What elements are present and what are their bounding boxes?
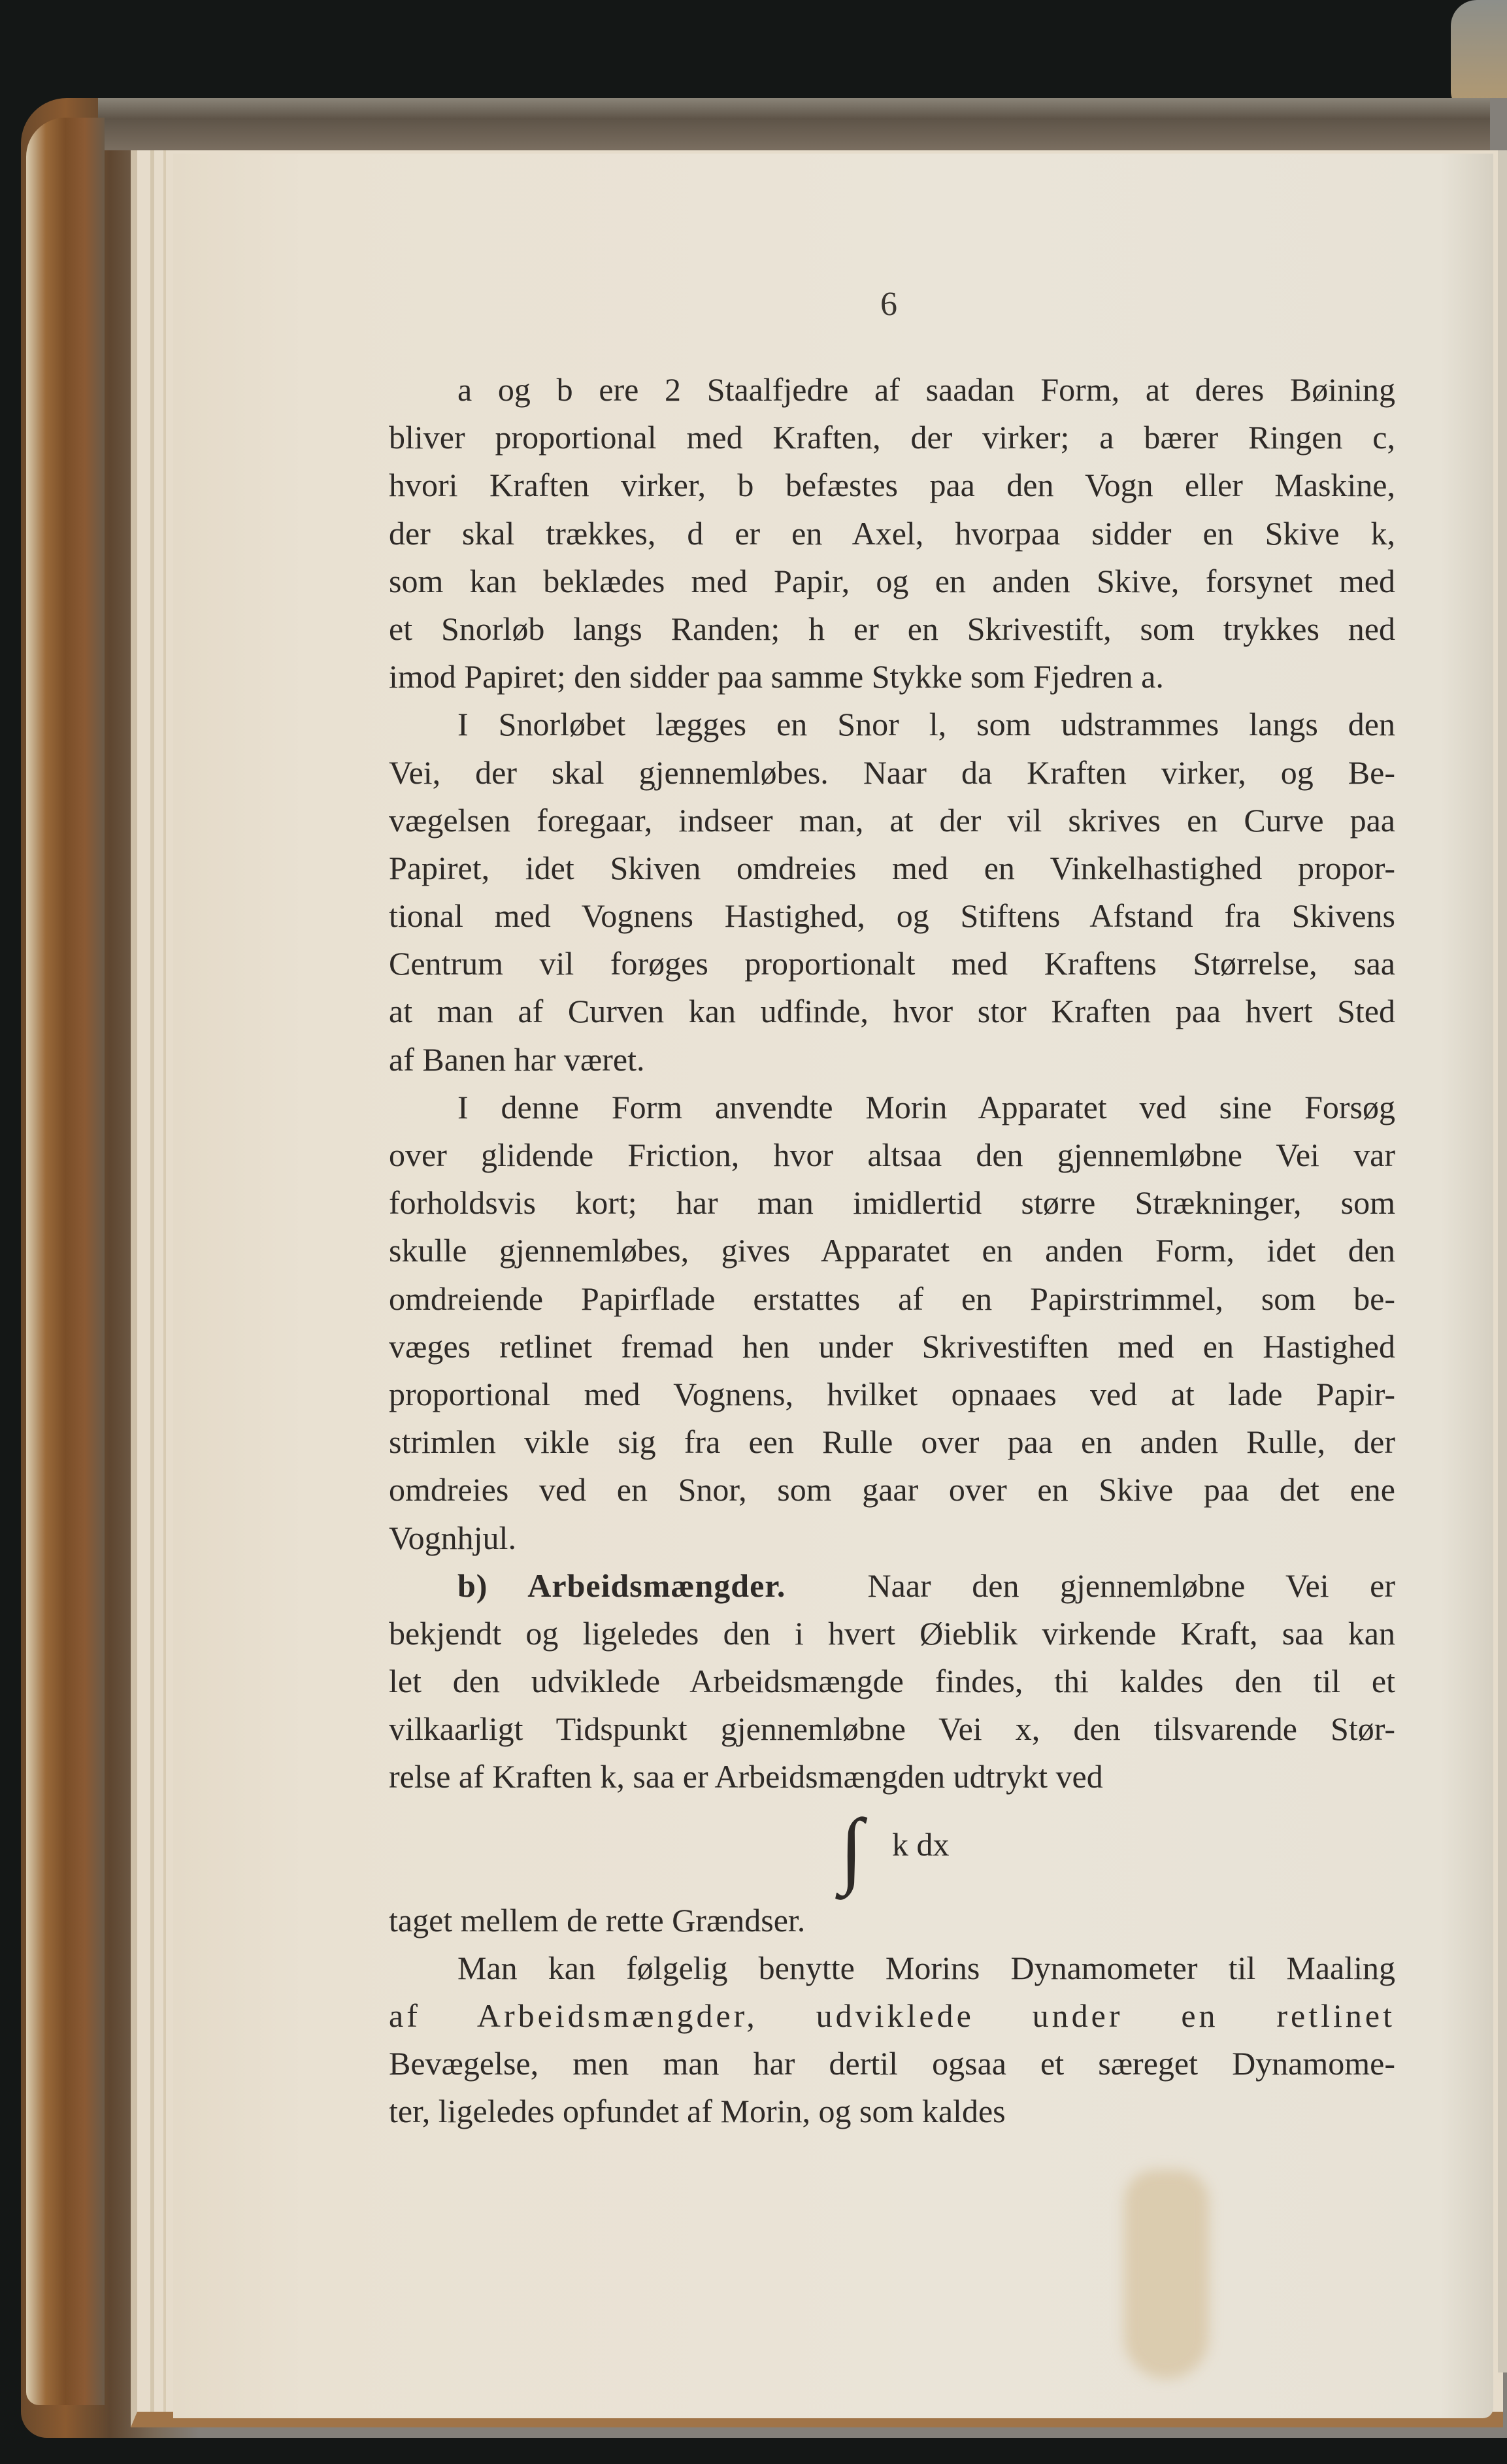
text-line: skulle gjennemløbes, gives Apparatet en …	[389, 1227, 1395, 1274]
page-edge	[150, 150, 154, 2412]
text-line: af Arbeidsmængder, udviklede under en re…	[389, 1992, 1395, 2040]
integral-formula: ∫ k dx	[389, 1801, 1395, 1897]
text-line: Papiret, idet Skiven omdreies med en Vin…	[389, 844, 1395, 892]
section-b-heading-line: b) Arbeidsmængder. Naar den gjennemløbne…	[389, 1562, 1395, 1610]
text-line: relse af Kraften k, saa er Arbeidsmængde…	[389, 1753, 1395, 1801]
text-line: væges retlinet fremad hen under Skrivest…	[389, 1323, 1395, 1371]
cover-top-edge	[98, 98, 1490, 150]
text-line: Centrum vil forøges proportionalt med Kr…	[389, 940, 1395, 988]
text-line: omdreies ved en Snor, som gaar over en S…	[389, 1466, 1395, 1514]
book-spine	[26, 118, 105, 2405]
text-line: imod Papiret; den sidder paa samme Stykk…	[389, 653, 1395, 701]
text-line: der skal trækkes, d er en Axel, hvorpaa …	[389, 510, 1395, 558]
section-heading: b) Arbeidsmængder.	[457, 1567, 786, 1604]
page-number: 6	[869, 285, 908, 324]
text-line: bekjendt og ligeledes den i hvert Øiebli…	[389, 1610, 1395, 1657]
integral-sign: ∫	[840, 1801, 863, 1897]
text-line: hvori Kraften virker, b befæstes paa den…	[389, 461, 1395, 509]
text-line: Bevægelse, men man har dertil ogsaa et s…	[389, 2040, 1395, 2088]
text-line: I denne Form anvendte Morin Apparatet ve…	[389, 1084, 1395, 1131]
section-b-after-formula: taget mellem de rette Grændser.Man kan f…	[389, 1897, 1395, 2136]
text-line: Vognhjul.	[389, 1514, 1395, 1562]
right-page-edge	[1498, 150, 1507, 2372]
text-line: Man kan følgelig benytte Morins Dynamome…	[389, 1944, 1395, 1992]
text-line: ter, ligeledes opfundet af Morin, og som…	[389, 2088, 1395, 2135]
text-line: vægelsen foregaar, indseer man, at der v…	[389, 797, 1395, 844]
text-line: et Snorløb langs Randen; h er en Skrives…	[389, 605, 1395, 653]
text-line: som kan beklædes med Papir, og en anden …	[389, 558, 1395, 605]
text-line: let den udviklede Arbeidsmængde findes, …	[389, 1657, 1395, 1705]
text-line: over glidende Friction, hvor altsaa den …	[389, 1131, 1395, 1179]
text-line: omdreiende Papirflade erstattes af en Pa…	[389, 1275, 1395, 1323]
text-line: forholdsvis kort; har man imidlertid stø…	[389, 1179, 1395, 1227]
book-clasp	[1451, 0, 1507, 111]
text-line: strimlen vikle sig fra een Rulle over pa…	[389, 1418, 1395, 1466]
heading-line-text: Naar den gjennemløbne Vei er	[868, 1567, 1395, 1604]
text-line: af Banen har været.	[389, 1036, 1395, 1084]
text-line: tional med Vognens Hastighed, og Stiften…	[389, 892, 1395, 940]
text-line: vilkaarligt Tidspunkt gjennemløbne Vei x…	[389, 1705, 1395, 1753]
body-text: a og b ere 2 Staalfjedre af saadan Form,…	[389, 366, 1395, 2136]
paragraphs-a: a og b ere 2 Staalfjedre af saadan Form,…	[389, 366, 1395, 1562]
text-line: bliver proportional med Kraften, der vir…	[389, 414, 1395, 461]
page-edge	[163, 150, 166, 2412]
text-line: at man af Curven kan udfinde, hvor stor …	[389, 988, 1395, 1035]
water-stain	[1124, 2170, 1209, 2379]
text-line: taget mellem de rette Grændser.	[389, 1897, 1395, 1944]
text-line: proportional med Vognens, hvilket opnaae…	[389, 1371, 1395, 1418]
text-line: Vei, der skal gjennemløbes. Naar da Kraf…	[389, 749, 1395, 797]
text-line: I Snorløbet lægges en Snor l, som udstra…	[389, 701, 1395, 748]
integral-expression: k dx	[892, 1821, 950, 1869]
section-b-lines: bekjendt og ligeledes den i hvert Øiebli…	[389, 1610, 1395, 1801]
text-line: a og b ere 2 Staalfjedre af saadan Form,…	[389, 366, 1395, 414]
